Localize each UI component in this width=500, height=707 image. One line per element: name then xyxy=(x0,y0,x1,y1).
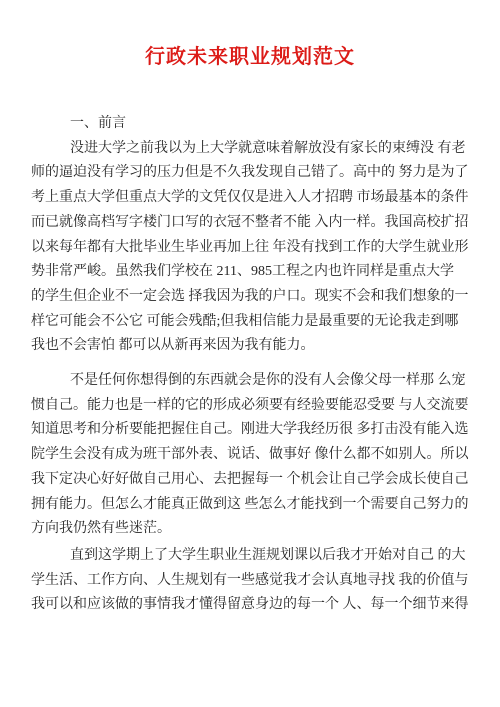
paragraph-line: 以来每年都有大批毕业生毕业再加上往 年没有找到工作的大学生就业形 xyxy=(31,236,464,261)
paragraph-line: 直到这学期上了大学生职业生涯规划课以后我才开始对自己 的大 xyxy=(31,544,464,569)
paragraph-line: 拥有能力。但怎么才能真正做到这 些怎么才能找到一个需要自己努力的 xyxy=(31,493,464,518)
paragraph-line: 的学生但企业不一定会选 择我因为我的户口。现实不会和我们想象的一 xyxy=(31,285,464,310)
paragraph-line: 学生活、工作方向、人生规划有一些感觉我才会认真地寻找 我的价值与 xyxy=(31,569,464,594)
section-heading: 一、前言 xyxy=(31,112,464,137)
paragraph-1: 没进大学之前我以为上大学就意味着解放没有家长的束缚没 有老 师的逼迫没有学习的压… xyxy=(31,137,464,359)
paragraph-line: 势非常严峻。虽然我们学校在 211、985工程之内也许同样是重点大学 xyxy=(31,260,464,285)
paragraph-line: 没进大学之前我以为上大学就意味着解放没有家长的束缚没 有老 xyxy=(31,137,464,162)
paragraph-line: 方向我仍然有些迷茫。 xyxy=(31,517,464,542)
paragraph-line: 我可以和应该做的事情我才懂得留意身边的每一个 人、每一个细节来得 xyxy=(31,593,464,618)
paragraph-3: 直到这学期上了大学生职业生涯规划课以后我才开始对自己 的大 学生活、工作方向、人… xyxy=(31,544,464,618)
paragraph-line: 我也不会害怕 都可以从新再来因为我有能力。 xyxy=(31,334,464,359)
document-body: 一、前言 没进大学之前我以为上大学就意味着解放没有家长的束缚没 有老 师的逼迫没… xyxy=(31,112,464,618)
paragraph-line: 知道思考和分析要能把握住自己。刚进大学我经历很 多打击没有能入选 xyxy=(31,418,464,443)
paragraph-line: 样它可能会不公它 可能会残酷;但我相信能力是最重要的无论我走到哪 xyxy=(31,310,464,335)
paragraph-line: 而已就像高档写字楼门口写的衣冠不整者不能 入内一样。我国高校扩招 xyxy=(31,211,464,236)
paragraph-line: 院学生会没有成为班干部外表、说话、做事好 像什么都不如别人。所以 xyxy=(31,443,464,468)
paragraph-line: 我下定决心好好做自己用心、去把握每一 个机会让自己学会成长使自己 xyxy=(31,468,464,493)
paragraph-2: 不是任何你想得倒的东西就会是你的没有人会像父母一样那 么宠 惯自己。能力也是一样… xyxy=(31,369,464,542)
document-title: 行政未来职业规划范文 xyxy=(0,0,500,68)
paragraph-line: 惯自己。能力也是一样的它的形成必须要有经验要能忍受要 与人交流要 xyxy=(31,394,464,419)
document-page: 行政未来职业规划范文 一、前言 没进大学之前我以为上大学就意味着解放没有家长的束… xyxy=(0,0,500,707)
paragraph-line: 师的逼迫没有学习的压力但是不久我发现自己错了。高中的 努力是为了 xyxy=(31,161,464,186)
paragraph-line: 不是任何你想得倒的东西就会是你的没有人会像父母一样那 么宠 xyxy=(31,369,464,394)
paragraph-line: 考上重点大学但重点大学的文凭仅仅是进入人才招聘 市场最基本的条件 xyxy=(31,186,464,211)
